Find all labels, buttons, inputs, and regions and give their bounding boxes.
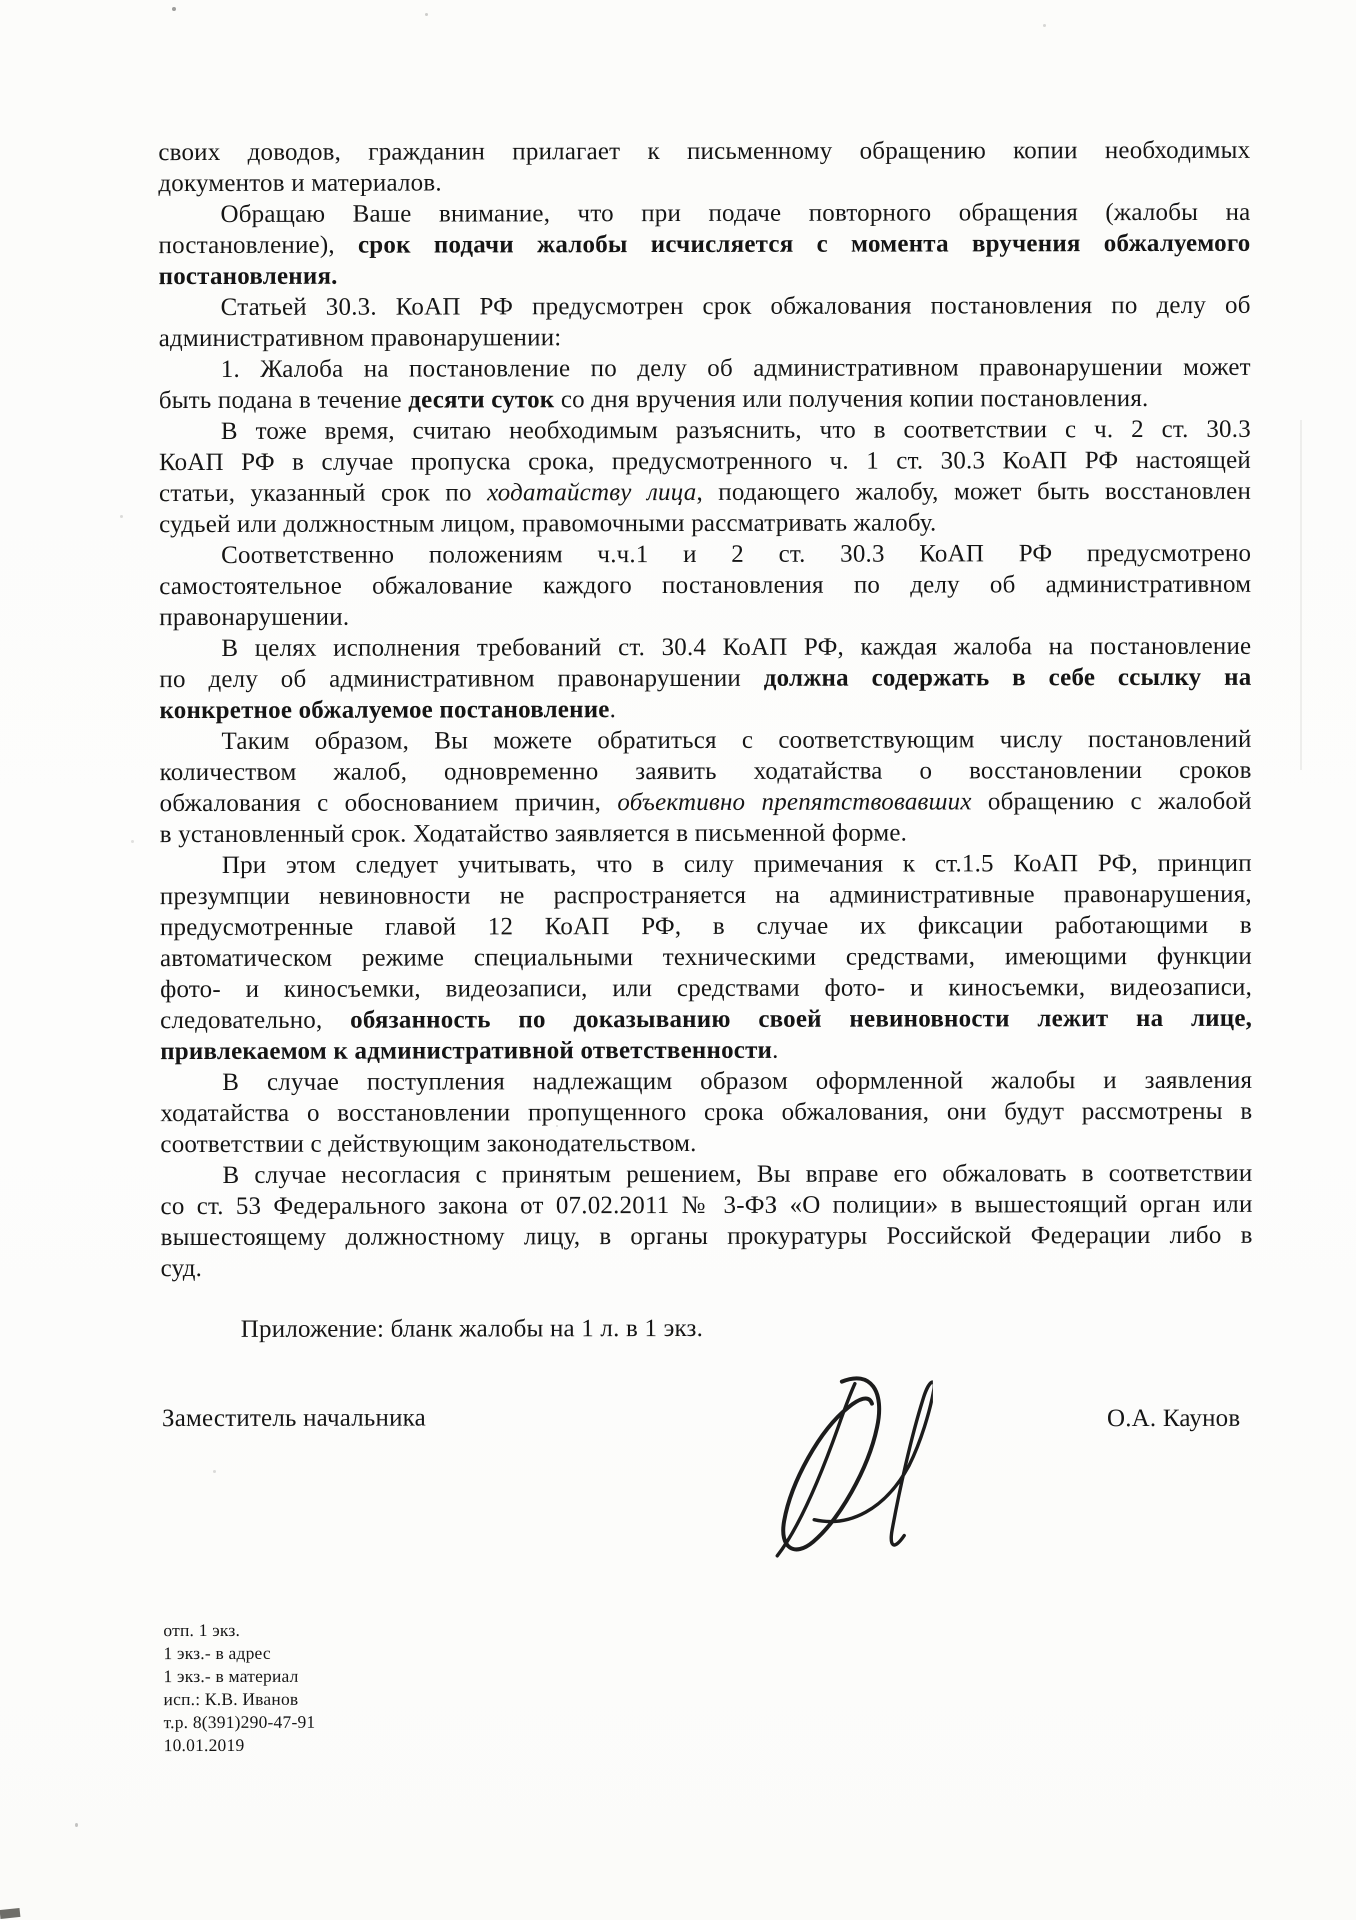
text-segment: суд. [161, 1255, 203, 1282]
text-segment: предусмотренные главой 12 КоАП РФ, в слу… [160, 912, 1252, 941]
text-segment: КоАП РФ в случае пропуска срока, предусм… [159, 447, 1251, 476]
text-segment: В тоже время, считаю необходимым разъясн… [221, 416, 1251, 445]
text-segment: автоматическом режиме специальными техни… [160, 943, 1252, 972]
text-line: вышестоящему должностному лицу, в органы… [161, 1220, 1253, 1253]
text-segment: правонарушении. [159, 604, 349, 631]
footer-line: 1 экз.- в материал [163, 1665, 315, 1688]
text-line: В целях исполнения требований ст. 30.4 К… [159, 631, 1251, 664]
scanned-document-page: своих доводов, гражданин прилагает к пис… [0, 0, 1356, 1920]
text-line: автоматическом режиме специальными техни… [160, 941, 1252, 974]
text-segment: . [772, 1037, 779, 1064]
text-segment: документов и материалов. [158, 169, 441, 197]
text-line: судьей или должностным лицом, правомочны… [159, 507, 1251, 540]
scan-speck [75, 1823, 78, 1827]
text-line: конкретное обжалуемое постановление. [159, 693, 1251, 726]
text-line: В тоже время, считаю необходимым разъясн… [159, 414, 1251, 447]
footer-block: отп. 1 экз.1 экз.- в адрес1 экз.- в мате… [163, 1619, 315, 1757]
scan-speck [172, 7, 176, 11]
text-line: самостоятельное обжалование каждого пост… [159, 569, 1251, 602]
text-line: со ст. 53 Федерального закона от 07.02.2… [160, 1189, 1252, 1222]
footer-line: 1 экз.- в адрес [163, 1642, 315, 1665]
text-segment: 1. Жалоба на постановление по делу об ад… [221, 354, 1251, 383]
text-line: статьи, указанный срок по ходатайству ли… [159, 476, 1251, 509]
text-segment: судьей или должностным лицом, правомочны… [159, 509, 936, 538]
scan-speck [1043, 24, 1046, 27]
text-line: по делу об административном правонарушен… [159, 662, 1251, 695]
text-segment: Соответственно положениям ч.ч.1 и 2 ст. … [221, 540, 1251, 569]
text-line: Обращаю Ваше внимание, что при подаче по… [158, 197, 1250, 230]
bold-text: привлекаемом к административной ответств… [160, 1037, 772, 1065]
text-line: предусмотренные главой 12 КоАП РФ, в слу… [160, 910, 1252, 943]
scan-speck [425, 13, 428, 16]
text-segment: обращению с жалобой [972, 788, 1252, 816]
text-line: суд. [161, 1251, 1253, 1284]
text-line: 1. Жалоба на постановление по делу об ад… [159, 352, 1251, 385]
text-segment: Таким образом, Вы можете обратиться с со… [222, 726, 1252, 755]
bold-text: срок подачи жалобы исчисляется с момента… [358, 230, 1251, 259]
scan-edge-artifact [1300, 420, 1302, 770]
text-line: быть подана в течение десяти суток со дн… [159, 383, 1251, 416]
text-line: правонарушении. [159, 600, 1251, 633]
text-segment: со ст. 53 Федерального закона от 07.02.2… [160, 1191, 1252, 1220]
text-line: Статьей 30.3. КоАП РФ предусмотрен срок … [159, 290, 1251, 323]
bold-text: должна содержать в себе ссылку на [764, 664, 1252, 692]
text-line: При этом следует учитывать, что в силу п… [160, 848, 1252, 881]
signer-name: О.А. Каунов [1107, 1403, 1240, 1434]
text-line: В случае несогласия с принятым решением,… [160, 1158, 1252, 1191]
text-segment: соответствии с действующим законодательс… [160, 1130, 696, 1158]
text-segment: следовательно, [160, 1007, 350, 1034]
text-line: презумпции невиновности не распространяе… [160, 879, 1252, 912]
scan-speck [120, 515, 123, 518]
signer-position-title: Заместитель начальника [162, 1403, 426, 1435]
text-segment: В случае несогласия с принятым решением,… [222, 1160, 1252, 1189]
text-line: административном правонарушении: [159, 321, 1251, 354]
text-line: В случае поступления надлежащим образом … [160, 1065, 1252, 1098]
text-segment: . [610, 696, 617, 723]
scan-speck [556, 1125, 558, 1127]
appendix-line: Приложение: бланк жалобы на 1 л. в 1 экз… [241, 1313, 703, 1345]
text-segment: по делу об административном правонарушен… [159, 665, 763, 693]
text-line: документов и материалов. [158, 166, 1250, 199]
text-segment: При этом следует учитывать, что в силу п… [222, 850, 1252, 879]
bold-text: постановления. [159, 263, 338, 290]
text-line: КоАП РФ в случае пропуска срока, предусм… [159, 445, 1251, 478]
footer-line: т.р. 8(391)290-47-91 [164, 1711, 316, 1734]
scan-speck [131, 840, 134, 843]
document-content: своих доводов, гражданин прилагает к пис… [0, 0, 1356, 1920]
bold-text: обязанность по доказыванию своей невинов… [350, 1005, 1252, 1034]
text-segment: В случае поступления надлежащим образом … [222, 1067, 1252, 1096]
italic-text: ходатайству лица [487, 479, 696, 506]
text-segment: Статьей 30.3. КоАП РФ предусмотрен срок … [221, 292, 1251, 321]
scan-speck [213, 1470, 216, 1473]
text-segment: вышестоящему должностному лицу, в органы… [161, 1222, 1253, 1251]
document-body: своих доводов, гражданин прилагает к пис… [158, 135, 1252, 1284]
text-segment: административном правонарушении: [159, 324, 562, 352]
footer-line: 10.01.2019 [164, 1734, 316, 1757]
text-segment: Обращаю Ваше внимание, что при подаче по… [220, 199, 1250, 228]
text-segment: ходатайства о восстановлении пропущенног… [160, 1098, 1252, 1127]
text-segment: своих доводов, гражданин прилагает к пис… [158, 137, 1250, 166]
text-line: следовательно, обязанность по доказывани… [160, 1003, 1252, 1036]
text-line: фото- и киносъемки, видеозаписи, или сре… [160, 972, 1252, 1005]
text-segment: В целях исполнения требований ст. 30.4 К… [221, 633, 1251, 662]
text-segment: со дня вручения или получения копии пост… [554, 385, 1148, 413]
text-line: постановления. [159, 259, 1251, 292]
text-line: своих доводов, гражданин прилагает к пис… [158, 135, 1250, 168]
bold-text: десяти суток [408, 386, 554, 413]
text-line: привлекаемом к административной ответств… [160, 1034, 1252, 1067]
text-line: в установленный срок. Ходатайство заявля… [160, 817, 1252, 850]
text-segment: презумпции невиновности не распространяе… [160, 881, 1252, 910]
text-segment: самостоятельное обжалование каждого пост… [159, 571, 1251, 600]
handwritten-signature-icon [719, 1367, 933, 1577]
text-segment: статьи, указанный срок по [159, 479, 487, 507]
text-segment: , подающего жалобу, может быть восстанов… [696, 478, 1251, 506]
text-line: постановление), срок подачи жалобы исчис… [158, 228, 1250, 261]
text-line: обжалования с обоснованием причин, объек… [160, 786, 1252, 819]
text-segment: фото- и киносъемки, видеозаписи, или сре… [160, 974, 1252, 1003]
text-line: количеством жалоб, одновременно заявить … [160, 755, 1252, 788]
italic-text: объективно препятствовавших [617, 788, 971, 816]
footer-line: отп. 1 экз. [163, 1619, 315, 1642]
text-line: соответствии с действующим законодательс… [160, 1127, 1252, 1160]
text-segment: обжалования с обоснованием причин, [160, 789, 618, 817]
text-segment: постановление), [158, 232, 358, 259]
footer-line: исп.: К.В. Иванов [164, 1688, 316, 1711]
text-segment: количеством жалоб, одновременно заявить … [160, 757, 1252, 786]
text-line: ходатайства о восстановлении пропущенног… [160, 1096, 1252, 1129]
text-line: Таким образом, Вы можете обратиться с со… [160, 724, 1252, 757]
text-segment: быть подана в течение [159, 387, 408, 415]
text-line: Соответственно положениям ч.ч.1 и 2 ст. … [159, 538, 1251, 571]
bold-text: конкретное обжалуемое постановление [159, 696, 609, 724]
text-segment: в установленный срок. Ходатайство заявля… [160, 820, 907, 849]
